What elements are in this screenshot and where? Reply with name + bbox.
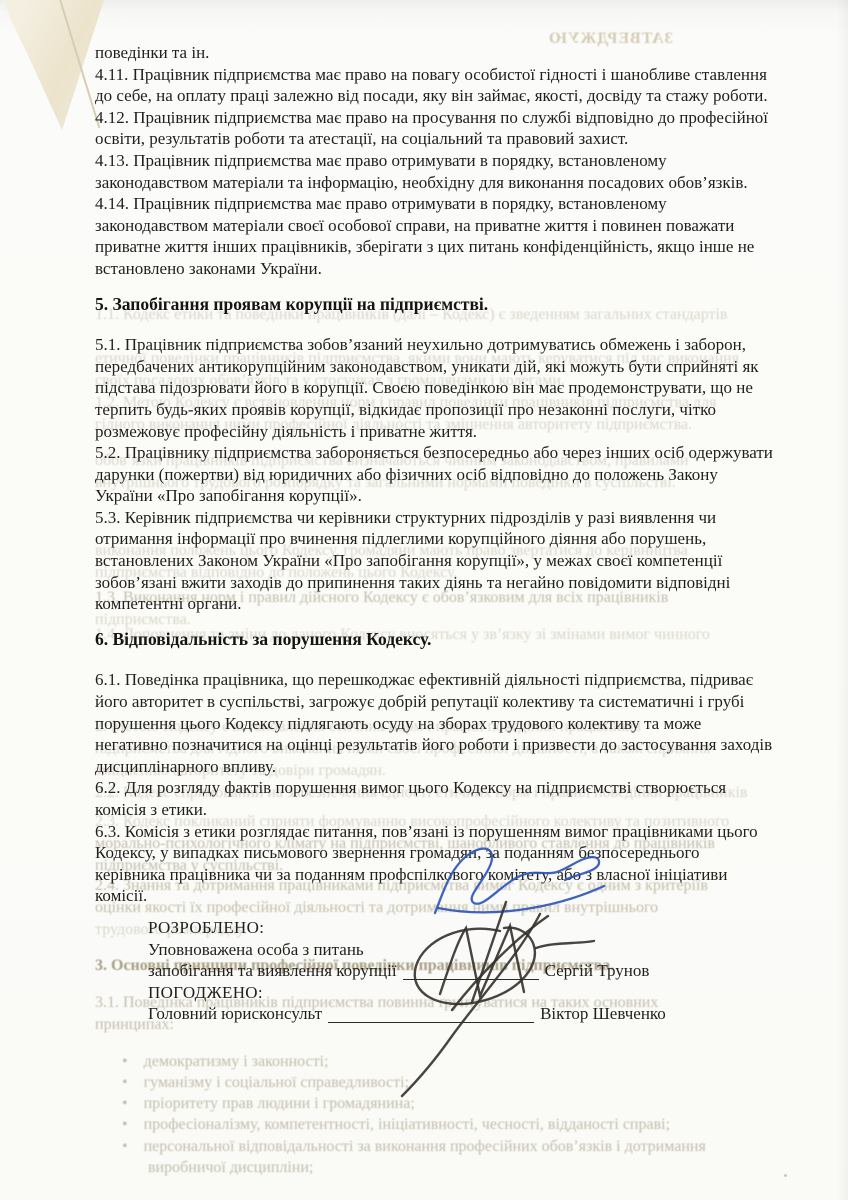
paragraph: 4.14. Працівник підприємства має право о… (95, 193, 799, 279)
developed-label: РОЗРОБЛЕНО: (148, 917, 799, 939)
developed-signatory-name: Сергій Трунов (545, 960, 650, 982)
paragraph: 4.11. Працівник підприємства має право н… (95, 64, 799, 107)
agreed-label: ПОГОДЖЕНО: (148, 982, 799, 1004)
scanned-document-page: 1.1. Кодекс етики та поведінки працівник… (0, 0, 848, 1200)
developed-role-line1: Уповноважена особа з питань (148, 939, 799, 961)
section-5-heading: 5. Запобігання проявам корупції на підпр… (95, 294, 799, 316)
section-4-paragraphs: 4.11. Працівник підприємства має право н… (95, 64, 799, 280)
paragraph: 5.3. Керівник підприємства чи керівники … (95, 507, 799, 615)
bleed-through-line: • гуманізму і соціальної справедливості; (122, 1073, 409, 1093)
bleed-through-line: виробничої дисципліни; (148, 1158, 313, 1178)
bleed-through-line: • персональної відповідальності за викон… (122, 1137, 706, 1157)
paragraph: 4.13. Працівник підприємства має право о… (95, 150, 799, 193)
agreed-role: Головний юрисконсульт (148, 1003, 322, 1025)
developed-signature-row: запобігання та виявлення корупції Сергій… (148, 960, 799, 982)
bleed-through-line: • професіоналізму, компетентності, ініці… (122, 1115, 670, 1135)
document-body: поведінки та ін. 4.11. Працівник підприє… (95, 42, 799, 1025)
agreed-signature-row: Головний юрисконсульт Віктор Шевченко (148, 1003, 799, 1025)
bleed-through-line: • демократизму і законності; (122, 1052, 329, 1072)
signature-line-agreed (328, 1022, 534, 1023)
paragraph: 5.1. Працівник підприємства зобов’язаний… (95, 334, 799, 442)
section-6-heading: 6. Відповідальність за порушення Кодексу… (95, 629, 799, 651)
paragraph: 6.3. Комісія з етики розглядає питання, … (95, 821, 799, 907)
paragraph: 5.2. Працівнику підприємства забороняєть… (95, 442, 799, 507)
developed-role-line2: запобігання та виявлення корупції (148, 960, 397, 982)
intro-line: поведінки та ін. (95, 42, 799, 64)
section-5-paragraphs: 5.1. Працівник підприємства зобов’язаний… (95, 334, 799, 615)
paragraph: 4.12. Працівник підприємства має право н… (95, 107, 799, 150)
paragraph: 6.2. Для розгляду фактів порушення вимог… (95, 777, 799, 820)
approval-block: РОЗРОБЛЕНО: Уповноважена особа з питань … (148, 917, 799, 1025)
section-6-paragraphs: 6.1. Поведінка працівника, що перешкоджа… (95, 669, 799, 907)
paragraph: 6.1. Поведінка працівника, що перешкоджа… (95, 669, 799, 777)
bleed-through-line: • пріоритету прав людини і громадянина; (122, 1094, 415, 1114)
agreed-signatory-name: Віктор Шевченко (540, 1003, 666, 1025)
signature-line-developed (403, 979, 539, 980)
